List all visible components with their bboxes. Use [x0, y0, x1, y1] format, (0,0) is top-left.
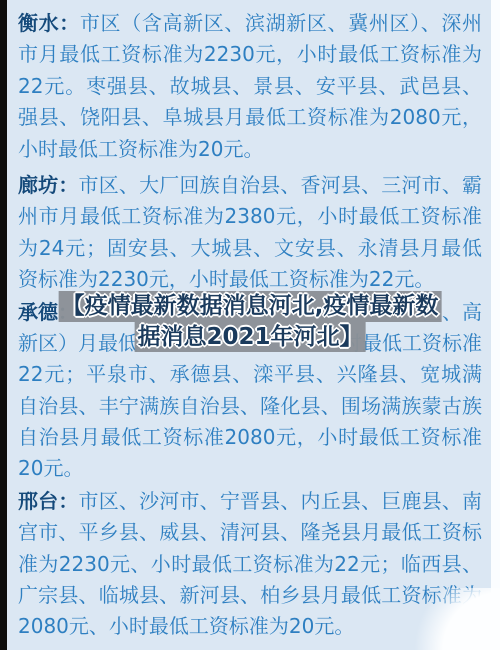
text-line: 22元。枣强县、故城县、景县、安平县、武邑县、武 — [18, 71, 482, 102]
text-line: 22元；平泉市、承德县、滦平县、兴隆县、宽城满族 — [18, 359, 482, 390]
text-line: 强县、饶阳县、阜城县月最低工资标准为2080元， — [18, 102, 482, 133]
text-line: 市月最低工资标准为2230元，小时最低工资标准为 — [18, 39, 482, 70]
text-segment: 市区、沙河市、宁晋县、内丘县、巨鹿县、南 — [79, 489, 482, 513]
text-line: 州市月最低工资标准为2380元，小时最低工资标准 — [18, 201, 482, 232]
watermark-line2: 据消息2021年河北】 — [134, 322, 365, 353]
text-segment: 市区、大厂回族自治县、香河县、三河市、霸 — [79, 173, 482, 197]
text-segment: 市区（含高新区、滨湖新区、冀州区）、深州 — [80, 11, 482, 35]
paragraph-langfang: 廊坊：市区、大厂回族自治县、香河县、三河市、霸 州市月最低工资标准为2380元，… — [18, 170, 482, 296]
article-screenshot: 衡水：市区（含高新区、滨湖新区、冀州区）、深州 市月最低工资标准为2230元，小… — [0, 0, 500, 650]
text-line: 准为2230元、小时最低工资标准为22元；临西县、 — [18, 549, 482, 580]
text-line: 自治县、丰宁满族自治县、隆化县、围场满族蒙古族 — [18, 391, 482, 422]
text-line: 宫市、平乡县、威县、清河县、隆尧县月最低工资标 — [18, 517, 482, 548]
right-edge-strip — [491, 0, 500, 650]
text-line: 为24元；固安县、大城县、文安县、永清县月最低工 — [18, 233, 482, 264]
text-line: 廊坊：市区、大厂回族自治县、香河县、三河市、霸 — [18, 170, 482, 201]
watermark-overlay: 【疫情最新数据消息河北,疫情最新数 据消息2021年河北】 — [59, 291, 442, 352]
text-line: 衡水：市区（含高新区、滨湖新区、冀州区）、深州 — [18, 8, 482, 39]
paragraph-hengshui: 衡水：市区（含高新区、滨湖新区、冀州区）、深州 市月最低工资标准为2230元，小… — [18, 8, 482, 165]
left-edge-bar — [0, 0, 7, 650]
text-line: 邢台：市区、沙河市、宁晋县、内丘县、巨鹿县、南 — [18, 486, 482, 517]
text-line: 20元。 — [18, 453, 482, 484]
bottom-right-fade — [410, 588, 500, 650]
city-label-langfang: 廊坊： — [18, 173, 79, 197]
text-line: 自治县月最低工资标准2080元，小时最低工资标准 — [18, 422, 482, 453]
text-line: 小时最低工资标准为20元。 — [18, 134, 482, 165]
city-label-hengshui: 衡水： — [18, 11, 80, 35]
watermark-line1: 【疫情最新数据消息河北,疫情最新数 — [59, 291, 442, 322]
city-label-xingtai: 邢台： — [18, 489, 79, 513]
